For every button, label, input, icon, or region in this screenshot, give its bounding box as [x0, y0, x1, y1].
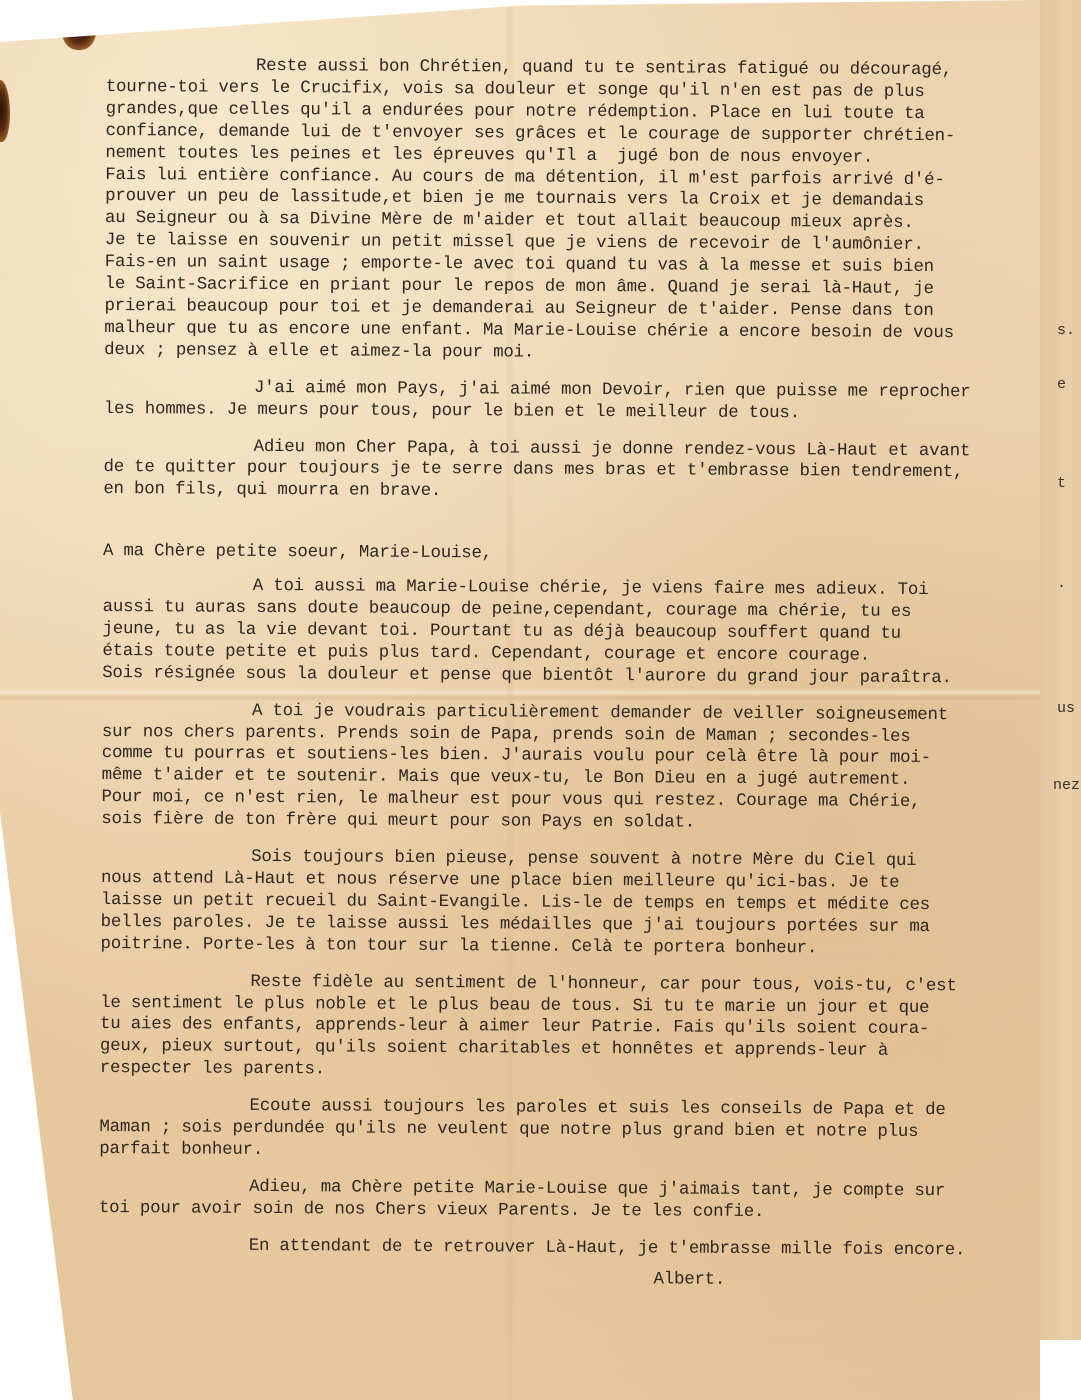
paragraph: A toi aussi ma Marie-Louise chérie, je v…: [102, 575, 1023, 690]
back-sheet-fragment: .: [1057, 575, 1066, 592]
text-line: Sois résignée sous la douleur et pense q…: [102, 663, 1022, 691]
section-father: Reste aussi bon Chrétien, quand tu te se…: [103, 55, 1026, 507]
greeting-sister: A ma Chère petite soeur, Marie-Louise,: [103, 541, 1023, 569]
back-sheet-fragment: nez: [1053, 777, 1080, 794]
back-sheet-fragment: e: [1057, 376, 1066, 393]
text-line: En attendant de te retrouver Là-Haut, je…: [99, 1235, 1019, 1263]
section-sister: A toi aussi ma Marie-Louise chérie, je v…: [99, 575, 1023, 1262]
signature: Albert.: [98, 1266, 1018, 1294]
back-sheet-fragment: us: [1057, 700, 1075, 717]
back-sheet-fragment: s.: [1057, 322, 1075, 339]
paragraph: Ecoute aussi toujours les paroles et sui…: [99, 1095, 1019, 1166]
paragraph: A toi je voudrais particulièrement deman…: [101, 700, 1022, 837]
paragraph: Reste aussi bon Chrétien, quand tu te se…: [104, 55, 1026, 367]
paragraph: Sois toujours bien pieuse, pense souvent…: [100, 846, 1021, 961]
paragraph: Adieu mon Cher Papa, à toi aussi je donn…: [103, 435, 1023, 506]
burn-mark-left: [0, 80, 10, 142]
paragraph: Adieu, ma Chère petite Marie-Louise que …: [99, 1176, 1019, 1225]
paragraph: En attendant de te retrouver Là-Haut, je…: [99, 1235, 1019, 1263]
back-sheet-fragment: t: [1057, 475, 1066, 492]
paragraph: J'ai aimé mon Pays, j'ai aimé mon Devoir…: [104, 377, 1024, 426]
paragraph: Reste fidèle au sentiment de l'honneur, …: [100, 971, 1021, 1086]
letter-body: Reste aussi bon Chrétien, quand tu te se…: [98, 55, 1026, 1308]
letter-sheet: Reste aussi bon Chrétien, quand tu te se…: [0, 0, 1040, 1400]
burn-mark-top: [62, 10, 96, 50]
